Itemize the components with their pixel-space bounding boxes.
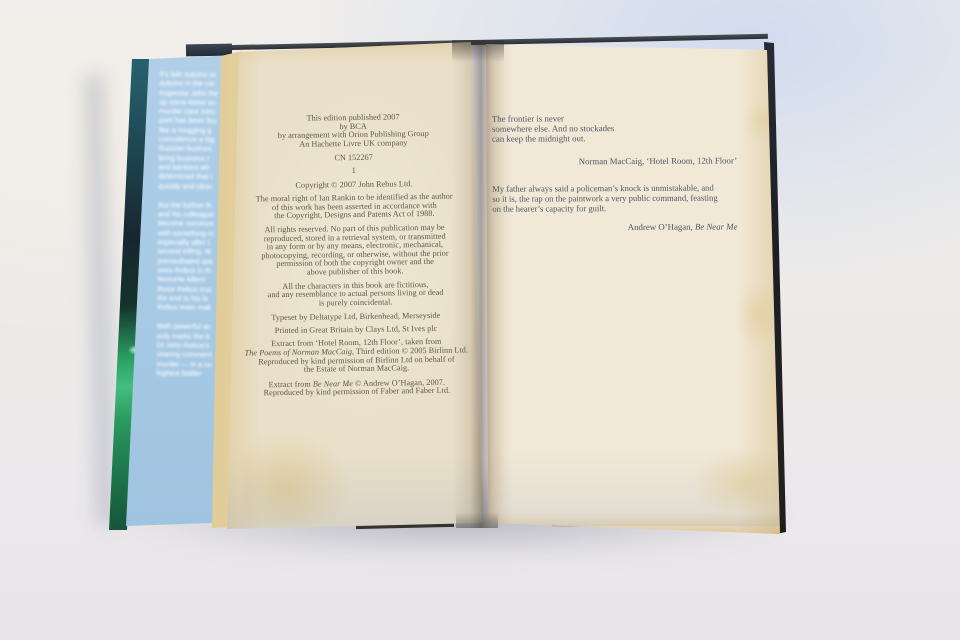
copyright-line: Copyright © 2007 John Rebus Ltd.	[227, 179, 480, 191]
rights-paragraph: All rights reserved. No part of this pub…	[228, 223, 482, 278]
extract-line: Reproduced by kind permission of Faber a…	[230, 387, 483, 399]
typeset-line: Typeset by Deltatype Ltd, Birkenhead, Me…	[229, 312, 482, 324]
moral-right-paragraph: The moral right of Ian Rankin to be iden…	[228, 192, 481, 221]
copyright-text-block: This edition published 2007by BCAby arra…	[226, 41, 484, 399]
epigraph-text-block: The frontier is neversomewhere else. And…	[487, 42, 780, 233]
attribution-work-title: Be Near Me	[695, 221, 738, 231]
page-bottom-shadow	[486, 450, 780, 526]
quote-line: can keep the midnight out.	[492, 132, 779, 144]
spine-drop-shadow	[84, 75, 116, 525]
publisher-block: This edition published 2007by BCAby arra…	[227, 112, 480, 150]
page-corner-stain	[242, 432, 352, 524]
photo-scene: It’s late autumn inautumn in the carInsp…	[0, 0, 960, 640]
epigraph-quote-2: My father always said a policeman’s knoc…	[492, 182, 776, 213]
impression-number: 1	[227, 165, 480, 177]
quote-line: on the hearer’s capacity for guilt.	[492, 202, 776, 213]
page-bottom-shadow	[227, 452, 482, 529]
book-board-top-left-corner	[186, 44, 232, 57]
page-stain	[736, 282, 780, 348]
catalog-number: CN 152267	[227, 153, 480, 165]
attribution-author: Andrew O’Hagan,	[628, 222, 695, 232]
page-stain	[694, 448, 790, 518]
extract-birlinn-paragraph: Extract from ‘Hotel Room, 12th Floor’, t…	[230, 338, 483, 376]
fictitious-paragraph: All the characters in this book are fict…	[229, 280, 482, 309]
epigraph-quote-1: The frontier is neversomewhere else. And…	[492, 112, 779, 144]
epigraph-attribution-1: Norman MacCaig, ‘Hotel Room, 12th Floor’	[487, 155, 779, 167]
printed-line: Printed in Great Britain by Clays Ltd, S…	[229, 324, 482, 336]
extract-faber-paragraph: Extract from Be Near Me © Andrew O’Hagan…	[230, 378, 483, 399]
epigraph-attribution-2: Andrew O’Hagan, Be Near Me	[487, 221, 779, 233]
